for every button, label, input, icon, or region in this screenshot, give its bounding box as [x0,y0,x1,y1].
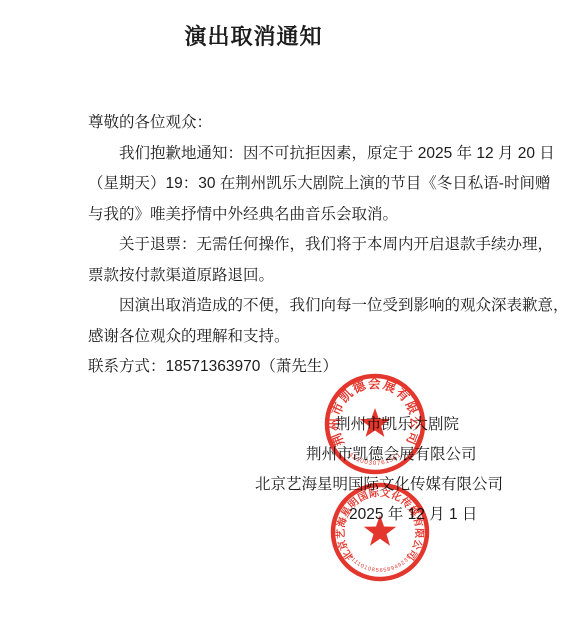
star-icon [360,408,390,437]
body-line: 尊敬的各位观众： [88,108,528,139]
page-title: 演出取消通知 [0,20,507,51]
body-line: 我们抱歉地通知：因不可抗拒因素，原定于 2025 年 12 月 20 日 [88,139,528,170]
company-seal-kaide: 荆州市凯德会展有限公司 4210030761561 [320,369,430,479]
body-line: 票款按付款渠道原路退回。 [88,261,528,292]
body-line: 与我的》唯美抒情中外经典名曲音乐会取消。 [88,200,528,231]
body-line: 感谢各位观众的理解和支持。 [88,322,528,353]
body-line: 因演出取消造成的不便，我们向每一位受到影响的观众深表歉意， [88,291,528,322]
body-line: （星期天）19：30 在荆州凯乐大剧院上演的节目《冬日私语-时间赠 [88,169,528,200]
body-line: 联系方式：18571363970（萧先生） [88,352,528,383]
seal-serial-text: 4210030761561 [347,451,403,467]
company-seal-yihai: 北京艺海星明国际文化传媒有限公司 911101085658949239 [328,480,432,584]
notice-body: 尊敬的各位观众： 我们抱歉地通知：因不可抗拒因素，原定于 2025 年 12 月… [88,108,528,383]
svg-text:4210030761561: 4210030761561 [347,451,403,467]
body-line: 关于退票：无需任何操作，我们将于本周内开启退款手续办理， [88,230,528,261]
star-icon [364,515,396,546]
notice-page: 演出取消通知 尊敬的各位观众： 我们抱歉地通知：因不可抗拒因素，原定于 2025… [0,0,566,619]
